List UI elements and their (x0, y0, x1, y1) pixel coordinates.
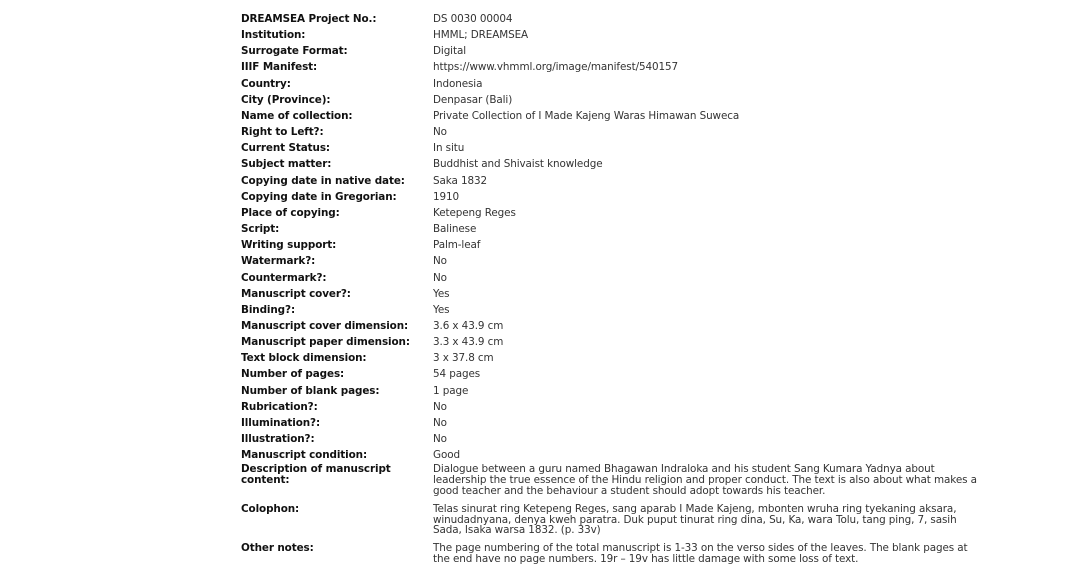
field-value: 3.6 x 43.9 cm (433, 318, 981, 334)
field-collection-name: Name of collection: Private Collection o… (241, 108, 981, 124)
field-label: Number of pages: (241, 366, 433, 382)
field-value: In situ (433, 140, 981, 156)
field-value: Dialogue between a guru named Bhagawan I… (433, 463, 981, 496)
field-label: Script: (241, 221, 433, 237)
field-value: No (433, 253, 981, 269)
field-label: Other notes: (241, 542, 433, 554)
field-value: Good (433, 447, 981, 463)
field-value: No (433, 124, 981, 140)
field-label: Institution: (241, 27, 433, 43)
field-value: HMML; DREAMSEA (433, 27, 981, 43)
field-label: Name of collection: (241, 108, 433, 124)
field-colophon: Colophon: Telas sinurat ring Ketepeng Re… (241, 503, 981, 536)
field-label: Watermark?: (241, 253, 433, 269)
field-writing-support: Writing support: Palm-leaf (241, 237, 981, 253)
field-label: Manuscript paper dimension: (241, 334, 433, 350)
field-label: Rubrication?: (241, 399, 433, 415)
field-label: Colophon: (241, 503, 433, 515)
field-value: Buddhist and Shivaist knowledge (433, 156, 981, 172)
field-label: City (Province): (241, 92, 433, 108)
field-surrogate-format: Surrogate Format: Digital (241, 43, 981, 59)
field-manuscript-condition: Manuscript condition: Good (241, 447, 981, 463)
field-current-status: Current Status: In situ (241, 140, 981, 156)
field-label: Current Status: (241, 140, 433, 156)
field-illustration: Illustration?: No (241, 431, 981, 447)
field-script: Script: Balinese (241, 221, 981, 237)
field-label: Binding?: (241, 302, 433, 318)
field-project-no: DREAMSEA Project No.: DS 0030 00004 (241, 11, 981, 27)
iiif-manifest-link[interactable]: https://www.vhmml.org/image/manifest/540… (433, 59, 981, 75)
field-blank-pages: Number of blank pages: 1 page (241, 383, 981, 399)
field-label: Subject matter: (241, 156, 433, 172)
field-value: No (433, 415, 981, 431)
field-label: Description of manuscript content: (241, 463, 433, 486)
field-label: Copying date in Gregorian: (241, 189, 433, 205)
field-other-notes: Other notes: The page numbering of the t… (241, 542, 981, 565)
field-value: The page numbering of the total manuscri… (433, 542, 981, 565)
field-value: Denpasar (Bali) (433, 92, 981, 108)
field-label: Right to Left?: (241, 124, 433, 140)
field-value: Indonesia (433, 76, 981, 92)
field-label: Manuscript condition: (241, 447, 433, 463)
field-label: Text block dimension: (241, 350, 433, 366)
field-value: 1910 (433, 189, 981, 205)
field-label: Countermark?: (241, 270, 433, 286)
field-label: Manuscript cover dimension: (241, 318, 433, 334)
field-value: No (433, 431, 981, 447)
field-institution: Institution: HMML; DREAMSEA (241, 27, 981, 43)
field-right-to-left: Right to Left?: No (241, 124, 981, 140)
field-countermark: Countermark?: No (241, 270, 981, 286)
manuscript-record: DREAMSEA Project No.: DS 0030 00004 Inst… (241, 11, 981, 571)
field-label: Country: (241, 76, 433, 92)
field-value: No (433, 399, 981, 415)
field-watermark: Watermark?: No (241, 253, 981, 269)
field-iiif-manifest: IIIF Manifest: https://www.vhmml.org/ima… (241, 59, 981, 75)
field-value: 1 page (433, 383, 981, 399)
field-label: Copying date in native date: (241, 173, 433, 189)
field-value: Balinese (433, 221, 981, 237)
field-label: Surrogate Format: (241, 43, 433, 59)
field-label: Illumination?: (241, 415, 433, 431)
field-value: 3.3 x 43.9 cm (433, 334, 981, 350)
field-subject-matter: Subject matter: Buddhist and Shivaist kn… (241, 156, 981, 172)
field-value: Yes (433, 286, 981, 302)
field-value: No (433, 270, 981, 286)
field-value: DS 0030 00004 (433, 11, 981, 27)
field-number-of-pages: Number of pages: 54 pages (241, 366, 981, 382)
field-manuscript-cover: Manuscript cover?: Yes (241, 286, 981, 302)
field-value: Saka 1832 (433, 173, 981, 189)
field-label: Number of blank pages: (241, 383, 433, 399)
field-country: Country: Indonesia (241, 76, 981, 92)
field-binding: Binding?: Yes (241, 302, 981, 318)
field-value: 54 pages (433, 366, 981, 382)
field-illumination: Illumination?: No (241, 415, 981, 431)
field-copying-date-native: Copying date in native date: Saka 1832 (241, 173, 981, 189)
field-value: 3 x 37.8 cm (433, 350, 981, 366)
field-cover-dimension: Manuscript cover dimension: 3.6 x 43.9 c… (241, 318, 981, 334)
field-label: DREAMSEA Project No.: (241, 11, 433, 27)
field-text-block-dimension: Text block dimension: 3 x 37.8 cm (241, 350, 981, 366)
field-value: Palm-leaf (433, 237, 981, 253)
field-value: Digital (433, 43, 981, 59)
field-label: Illustration?: (241, 431, 433, 447)
field-label: Manuscript cover?: (241, 286, 433, 302)
field-city: City (Province): Denpasar (Bali) (241, 92, 981, 108)
field-value: Ketepeng Reges (433, 205, 981, 221)
field-label: Writing support: (241, 237, 433, 253)
field-rubrication: Rubrication?: No (241, 399, 981, 415)
field-value: Yes (433, 302, 981, 318)
field-label: IIIF Manifest: (241, 59, 433, 75)
field-value: Private Collection of I Made Kajeng Wara… (433, 108, 981, 124)
field-value: Telas sinurat ring Ketepeng Reges, sang … (433, 503, 981, 536)
field-place-of-copying: Place of copying: Ketepeng Reges (241, 205, 981, 221)
field-label: Place of copying: (241, 205, 433, 221)
field-description: Description of manuscript content: Dialo… (241, 463, 981, 496)
field-copying-date-gregorian: Copying date in Gregorian: 1910 (241, 189, 981, 205)
field-paper-dimension: Manuscript paper dimension: 3.3 x 43.9 c… (241, 334, 981, 350)
